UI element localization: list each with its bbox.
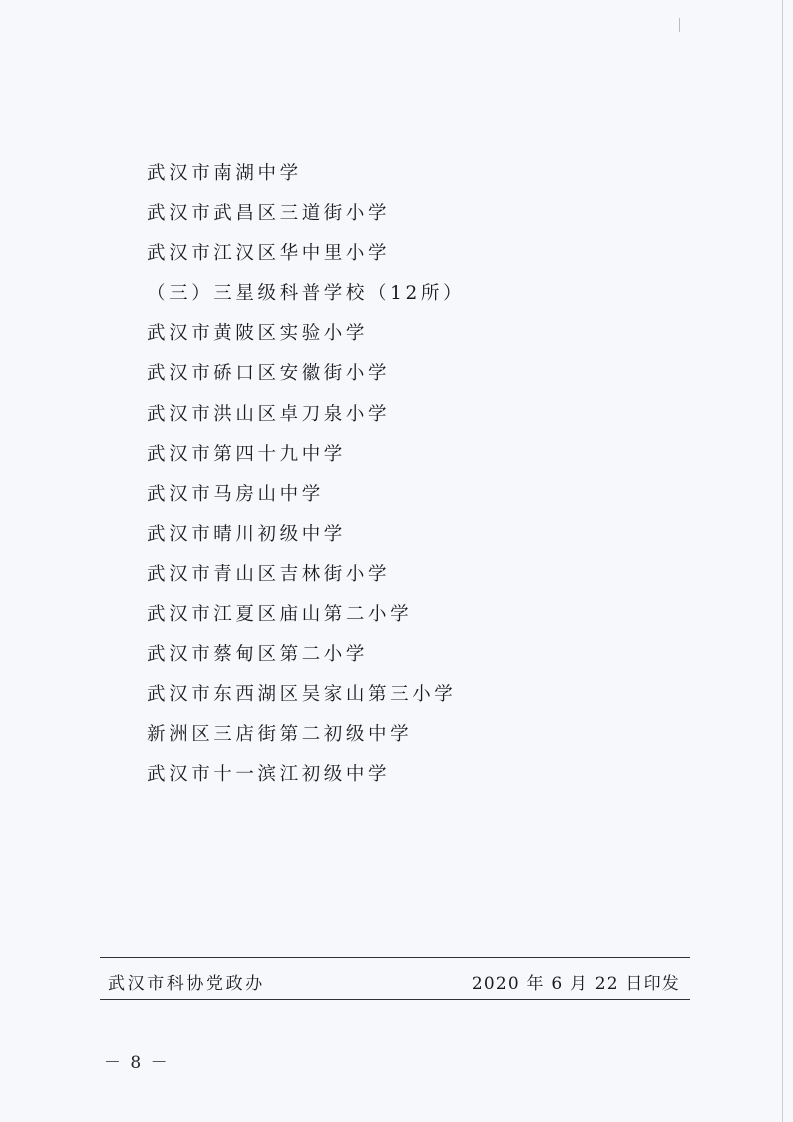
school-list: 武汉市南湖中学 武汉市武昌区三道街小学 武汉市江汉区华中里小学 （三）三星级科普…	[147, 160, 465, 802]
page-edge-shadow	[782, 0, 783, 1122]
list-item-school: 武汉市晴川初级中学	[147, 521, 465, 561]
list-item-school: 武汉市江汉区华中里小学	[147, 240, 465, 280]
list-item-school: 武汉市十一滨江初级中学	[147, 761, 465, 801]
list-item-school: 武汉市南湖中学	[147, 160, 465, 200]
footer-top-rule	[100, 957, 690, 958]
list-item-school: 新洲区三店街第二初级中学	[147, 721, 465, 761]
scan-speck	[679, 18, 680, 32]
list-item-school: 武汉市江夏区庙山第二小学	[147, 601, 465, 641]
list-item-school: 武汉市蔡甸区第二小学	[147, 641, 465, 681]
footer-issue-date: 2020 年 6 月 22 日印发	[472, 969, 680, 994]
list-item-school: 武汉市青山区吉林街小学	[147, 561, 465, 601]
section-heading-three-star: （三）三星级科普学校（12所）	[147, 280, 465, 320]
list-item-school: 武汉市黄陂区实验小学	[147, 320, 465, 360]
list-item-school: 武汉市马房山中学	[147, 481, 465, 521]
list-item-school: 武汉市硚口区安徽街小学	[147, 360, 465, 400]
list-item-school: 武汉市武昌区三道街小学	[147, 200, 465, 240]
list-item-school: 武汉市第四十九中学	[147, 441, 465, 481]
footer-issuer: 武汉市科协党政办	[108, 969, 265, 994]
footer-bottom-rule	[100, 999, 690, 1000]
list-item-school: 武汉市东西湖区吴家山第三小学	[147, 681, 465, 721]
page-number: － 8 －	[104, 1048, 170, 1073]
list-item-school: 武汉市洪山区卓刀泉小学	[147, 401, 465, 441]
